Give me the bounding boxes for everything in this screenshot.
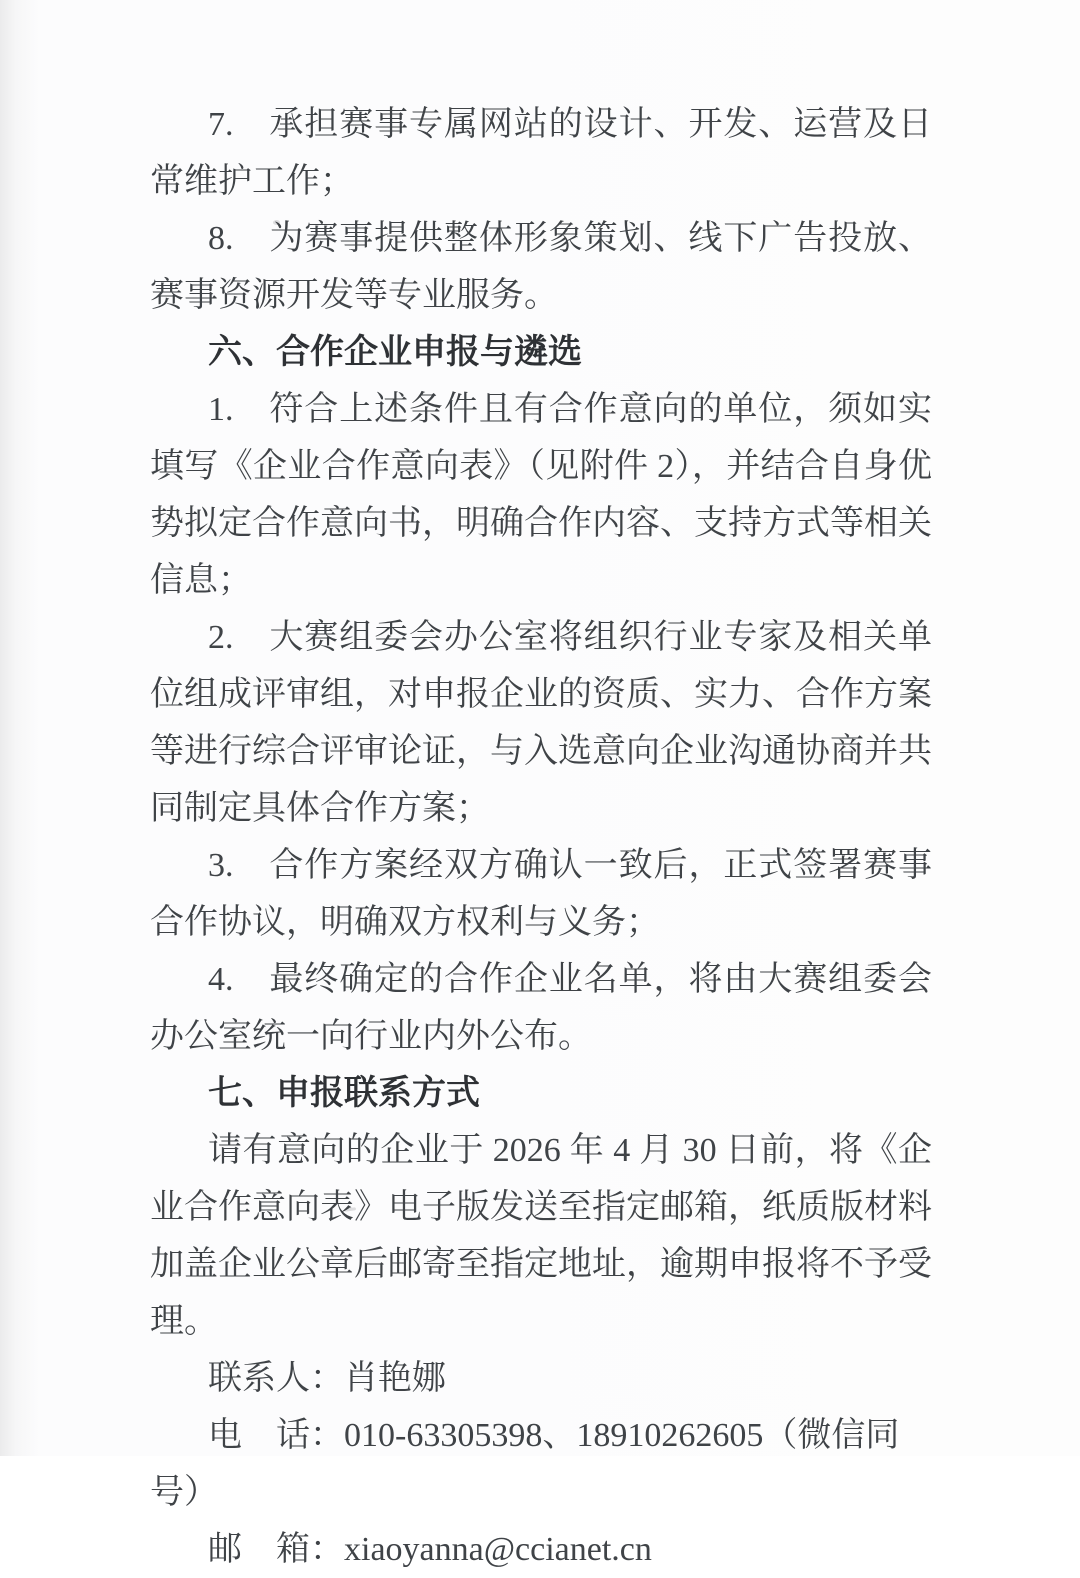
paragraph: 8. 为赛事提供整体形象策划、线下广告投放、赛事资源开发等专业服务。 xyxy=(150,210,932,324)
section-heading: 七、申报联系方式 xyxy=(150,1065,932,1122)
document-page: 7. 承担赛事专属网站的设计、开发、运营及日常维护工作；8. 为赛事提供整体形象… xyxy=(0,0,1080,1456)
section-heading: 六、合作企业申报与遴选 xyxy=(150,324,932,381)
paragraph: 4. 最终确定的合作企业名单，将由大赛组委会办公室统一向行业内外公布。 xyxy=(150,951,932,1065)
document-content: 7. 承担赛事专属网站的设计、开发、运营及日常维护工作；8. 为赛事提供整体形象… xyxy=(150,96,932,1456)
contact-line: 联系人：肖艳娜 xyxy=(150,1350,932,1407)
contact-line: 电 话：010-63305398、18910262605（微信同号） xyxy=(150,1407,932,1456)
paragraph: 7. 承担赛事专属网站的设计、开发、运营及日常维护工作； xyxy=(150,96,932,210)
paragraph: 2. 大赛组委会办公室将组织行业专家及相关单位组成评审组，对申报企业的资质、实力… xyxy=(150,609,932,837)
paragraph: 1. 符合上述条件且有合作意向的单位，须如实填写《企业合作意向表》（见附件 2）… xyxy=(150,381,932,609)
paragraph: 请有意向的企业于 2026 年 4 月 30 日前，将《企业合作意向表》电子版发… xyxy=(150,1122,932,1350)
paragraph: 3. 合作方案经双方确认一致后，正式签署赛事合作协议，明确双方权利与义务； xyxy=(150,837,932,951)
